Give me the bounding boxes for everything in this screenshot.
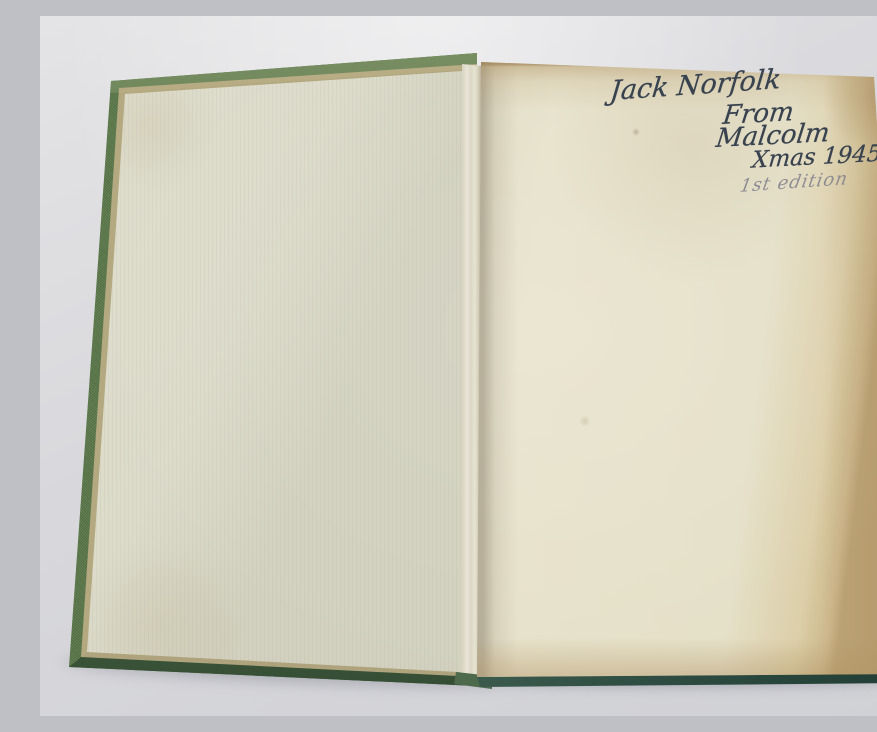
board-bottom-cloth-edge — [40, 16, 877, 716]
front-board-green-cloth — [40, 16, 877, 716]
inscription-giver: Malcolm — [714, 118, 831, 154]
gutter-page-edges — [40, 16, 877, 716]
board-top-cloth-edge — [40, 16, 877, 716]
endpaper-turn-in-line — [40, 16, 877, 716]
inscription-recipient: Jack Norfolk — [609, 64, 783, 107]
inscription-date: Xmas 1945. — [751, 140, 877, 173]
front-board-cast-shadow — [62, 652, 498, 693]
page-cast-shadow — [478, 673, 877, 688]
photo-backdrop — [40, 16, 877, 716]
handwritten-inscription: Jack Norfolk From Malcolm Xmas 1945. 1st… — [40, 16, 877, 716]
book-photograph: Jack Norfolk From Malcolm Xmas 1945. 1st… — [40, 16, 877, 716]
front-pastedown-endpaper — [40, 16, 877, 716]
flyleaf-page — [40, 16, 877, 716]
back-board-bottom-edge — [40, 16, 877, 716]
inscription-from: From — [721, 97, 795, 131]
pencil-edition-note: 1st edition — [738, 168, 849, 197]
gutter-cloth-glimpse — [40, 16, 877, 716]
flyleaf-aged-edges — [40, 16, 877, 716]
